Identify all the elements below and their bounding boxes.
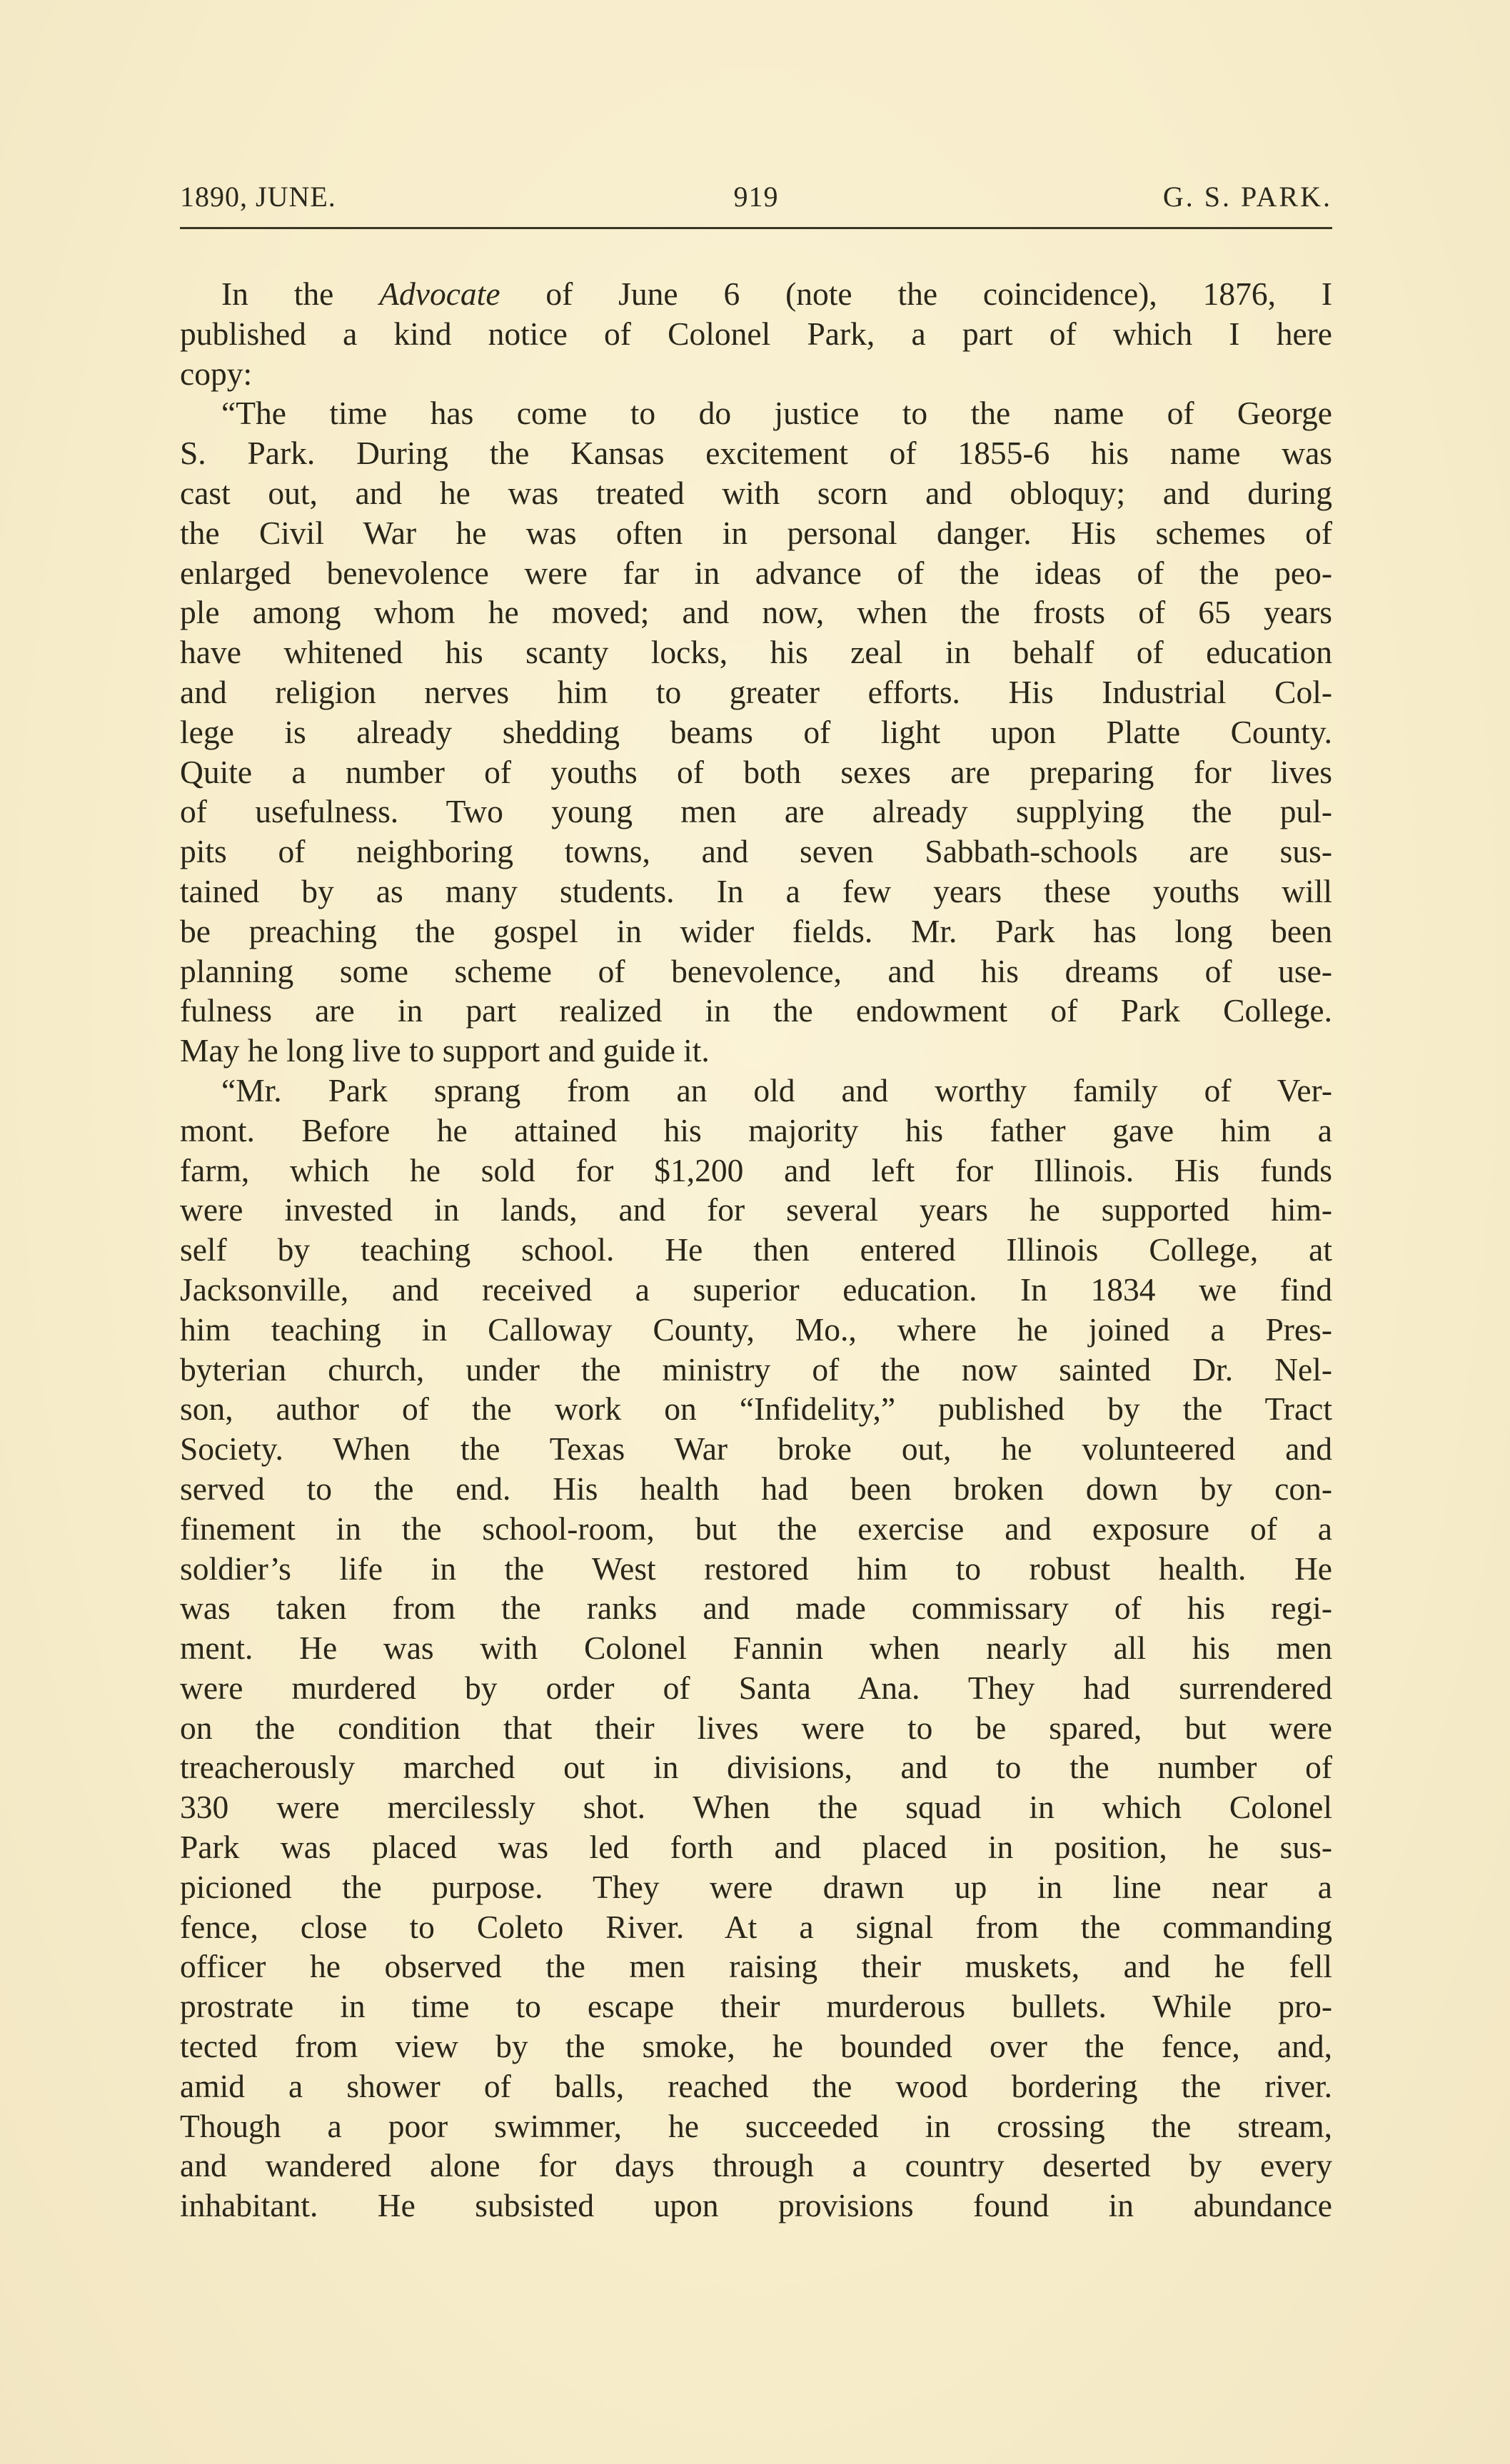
text-line: Though a poor swimmer, he succeeded in c…: [180, 2106, 1332, 2146]
text-line: finement in the school-room, but the exe…: [180, 1509, 1332, 1549]
text-line: tected from view by the smoke, he bounde…: [180, 2026, 1332, 2066]
text-line: were invested in lands, and for several …: [180, 1190, 1332, 1230]
text-line: “Mr. Park sprang from an old and worthy …: [180, 1071, 1332, 1111]
text-line: officer he observed the men raising thei…: [180, 1947, 1332, 1986]
text-line: Quite a number of youths of both sexes a…: [180, 752, 1332, 792]
body-text: In the Advocate of June 6 (note the coin…: [180, 274, 1332, 2226]
text-line: byterian church, under the ministry of t…: [180, 1350, 1332, 1390]
text-line: enlarged benevolence were far in advance…: [180, 553, 1332, 593]
text-line: served to the end. His health had been b…: [180, 1469, 1332, 1509]
text-line: May he long live to support and guide it…: [180, 1031, 1332, 1071]
text-line: have whitened his scanty locks, his zeal…: [180, 632, 1332, 672]
text-line: Jacksonville, and received a superior ed…: [180, 1270, 1332, 1310]
text-line: In the Advocate of June 6 (note the coin…: [180, 274, 1332, 314]
text-line: the Civil War he was often in personal d…: [180, 513, 1332, 553]
text-fragment: of June 6 (note the coincidence), 1876, …: [500, 276, 1332, 312]
text-line: ple among whom he moved; and now, when t…: [180, 592, 1332, 632]
text-line: pits of neighboring towns, and seven Sab…: [180, 832, 1332, 872]
text-line: tained by as many students. In a few yea…: [180, 872, 1332, 912]
page-number: 919: [180, 180, 1332, 213]
text-line: and religion nerves him to greater effor…: [180, 672, 1332, 712]
italic-title: Advocate: [379, 276, 500, 312]
text-line: “The time has come to do justice to the …: [180, 393, 1332, 433]
text-line: and wandered alone for days through a co…: [180, 2146, 1332, 2186]
text-line: prostrate in time to escape their murder…: [180, 1986, 1332, 2026]
text-line: self by teaching school. He then entered…: [180, 1230, 1332, 1270]
text-line: lege is already shedding beams of light …: [180, 712, 1332, 752]
text-line: son, author of the work on “Infidelity,”…: [180, 1389, 1332, 1429]
text-line: on the condition that their lives were t…: [180, 1708, 1332, 1748]
text-line: Society. When the Texas War broke out, h…: [180, 1429, 1332, 1469]
header-rule: [180, 227, 1332, 229]
text-line: fulness are in part realized in the endo…: [180, 991, 1332, 1031]
running-head-title: G. S. PARK.: [1163, 180, 1332, 213]
text-line: copy:: [180, 354, 1332, 394]
text-line: amid a shower of balls, reached the wood…: [180, 2066, 1332, 2106]
text-line: mont. Before he attained his majority hi…: [180, 1111, 1332, 1151]
running-head: 1890, JUNE. 919 G. S. PARK.: [180, 180, 1332, 220]
text-line: ment. He was with Colonel Fannin when ne…: [180, 1628, 1332, 1668]
text-line: inhabitant. He subsisted upon provisions…: [180, 2186, 1332, 2226]
text-line: published a kind notice of Colonel Park,…: [180, 314, 1332, 354]
text-line: farm, which he sold for $1,200 and left …: [180, 1151, 1332, 1191]
text-line: 330 were mercilessly shot. When the squa…: [180, 1787, 1332, 1827]
text-line: cast out, and he was treated with scorn …: [180, 473, 1332, 513]
text-line: treacherously marched out in divisions, …: [180, 1747, 1332, 1787]
text-line: be preaching the gospel in wider fields.…: [180, 912, 1332, 951]
text-line: of usefulness. Two young men are already…: [180, 792, 1332, 832]
text-line: S. Park. During the Kansas excitement of…: [180, 433, 1332, 473]
text-line: fence, close to Coleto River. At a signa…: [180, 1907, 1332, 1947]
text-line: planning some scheme of benevolence, and…: [180, 951, 1332, 991]
text-line: were murdered by order of Santa Ana. The…: [180, 1668, 1332, 1708]
text-line: him teaching in Calloway County, Mo., wh…: [180, 1310, 1332, 1350]
text-line: Park was placed was led forth and placed…: [180, 1827, 1332, 1867]
text-line: soldier’s life in the West restored him …: [180, 1549, 1332, 1589]
text-line: was taken from the ranks and made commis…: [180, 1588, 1332, 1628]
text-fragment: In the: [221, 276, 379, 312]
text-line: picioned the purpose. They were drawn up…: [180, 1867, 1332, 1907]
